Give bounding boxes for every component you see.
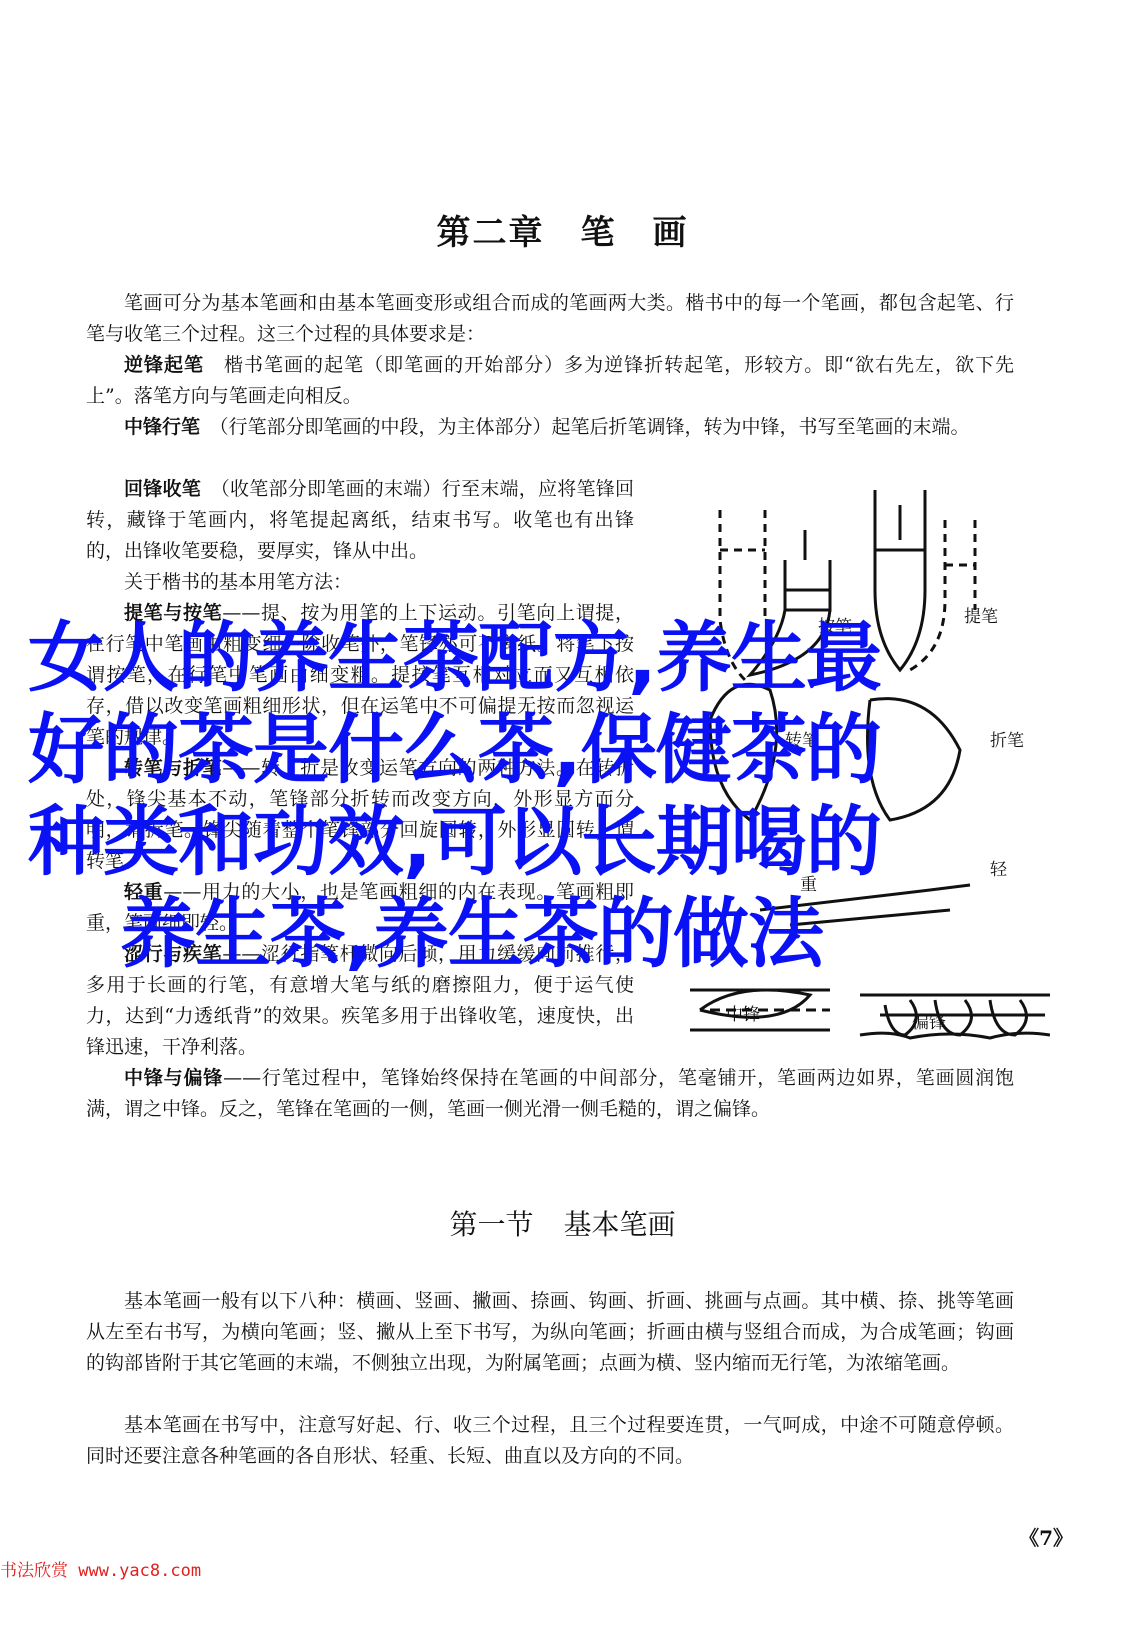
paragraph-reverse-tip-start: 逆锋起笔 楷书笔画的起笔（即笔画的开始部分）多为逆锋折转起笔，形较方。即“欲右先… — [86, 350, 1014, 412]
overlay-line-1: 女人的养生茶配方,养生最 — [28, 612, 1108, 704]
page-number: 《7》 — [1019, 1522, 1073, 1551]
paragraph-basic-strokes: 基本笔画一般有以下八种：横画、竖画、撇画、捺画、钩画、折画、挑画与点画。其中横、… — [86, 1286, 1014, 1379]
section-number: 第一节 — [449, 1208, 533, 1241]
section-title: 第一节基本笔画 — [0, 1203, 1125, 1243]
paragraph-methods-heading: 关于楷书的基本用笔方法： — [86, 567, 634, 598]
section-name: 基本笔画 — [564, 1208, 676, 1241]
chapter-title-char-2: 画 — [653, 213, 689, 253]
document-page: 第二章笔画 笔画可分为基本笔画和由基本笔画变形或组合而成的笔画两大类。楷书中的每… — [0, 0, 1125, 1636]
chapter-title-char-1: 笔 — [581, 213, 617, 253]
paragraph-center-side-tip: 中锋与偏锋——行笔过程中，笔锋始终保持在笔画的中间部分，笔毫铺开，笔画两边如界，… — [86, 1063, 1014, 1125]
overlay-line-4: 养生茶,养生茶的做法 — [28, 888, 1108, 980]
paragraph-intro: 笔画可分为基本笔画和由基本笔画变形或组合而成的笔画两大类。楷书中的每一个笔画，都… — [86, 288, 1014, 350]
paragraph-center-tip-stroke: 中锋行笔 （行笔部分即笔画的中段，为主体部分）起笔后折笔调锋，转为中锋，书写至笔… — [86, 412, 1014, 443]
site-watermark: 书法欣赏 www.yac8.com — [0, 1556, 201, 1581]
paragraph-return-tip-end: 回锋收笔 （收笔部分即笔画的末端）行至末端，应将笔锋回转，藏锋于笔画内，将笔提起… — [86, 474, 634, 567]
overlay-line-3: 种类和功效,可以长期喝的 — [28, 796, 1108, 888]
label-side-tip: 偏锋 — [912, 1008, 946, 1033]
paragraph-basic-strokes-writing: 基本笔画在书写中，注意写好起、行、收三个过程，且三个过程要连贯，一气呵成，中途不… — [86, 1410, 1014, 1472]
overlay-headline: 女人的养生茶配方,养生最 好的茶是什么茶,保健茶的 种类和功效,可以长期喝的 养… — [28, 612, 1108, 980]
chapter-title: 第二章笔画 — [0, 205, 1125, 254]
chapter-number: 第二章 — [437, 213, 545, 253]
overlay-line-2: 好的茶是什么茶,保健茶的 — [28, 704, 1108, 796]
label-center-tip: 中锋 — [726, 1000, 760, 1025]
